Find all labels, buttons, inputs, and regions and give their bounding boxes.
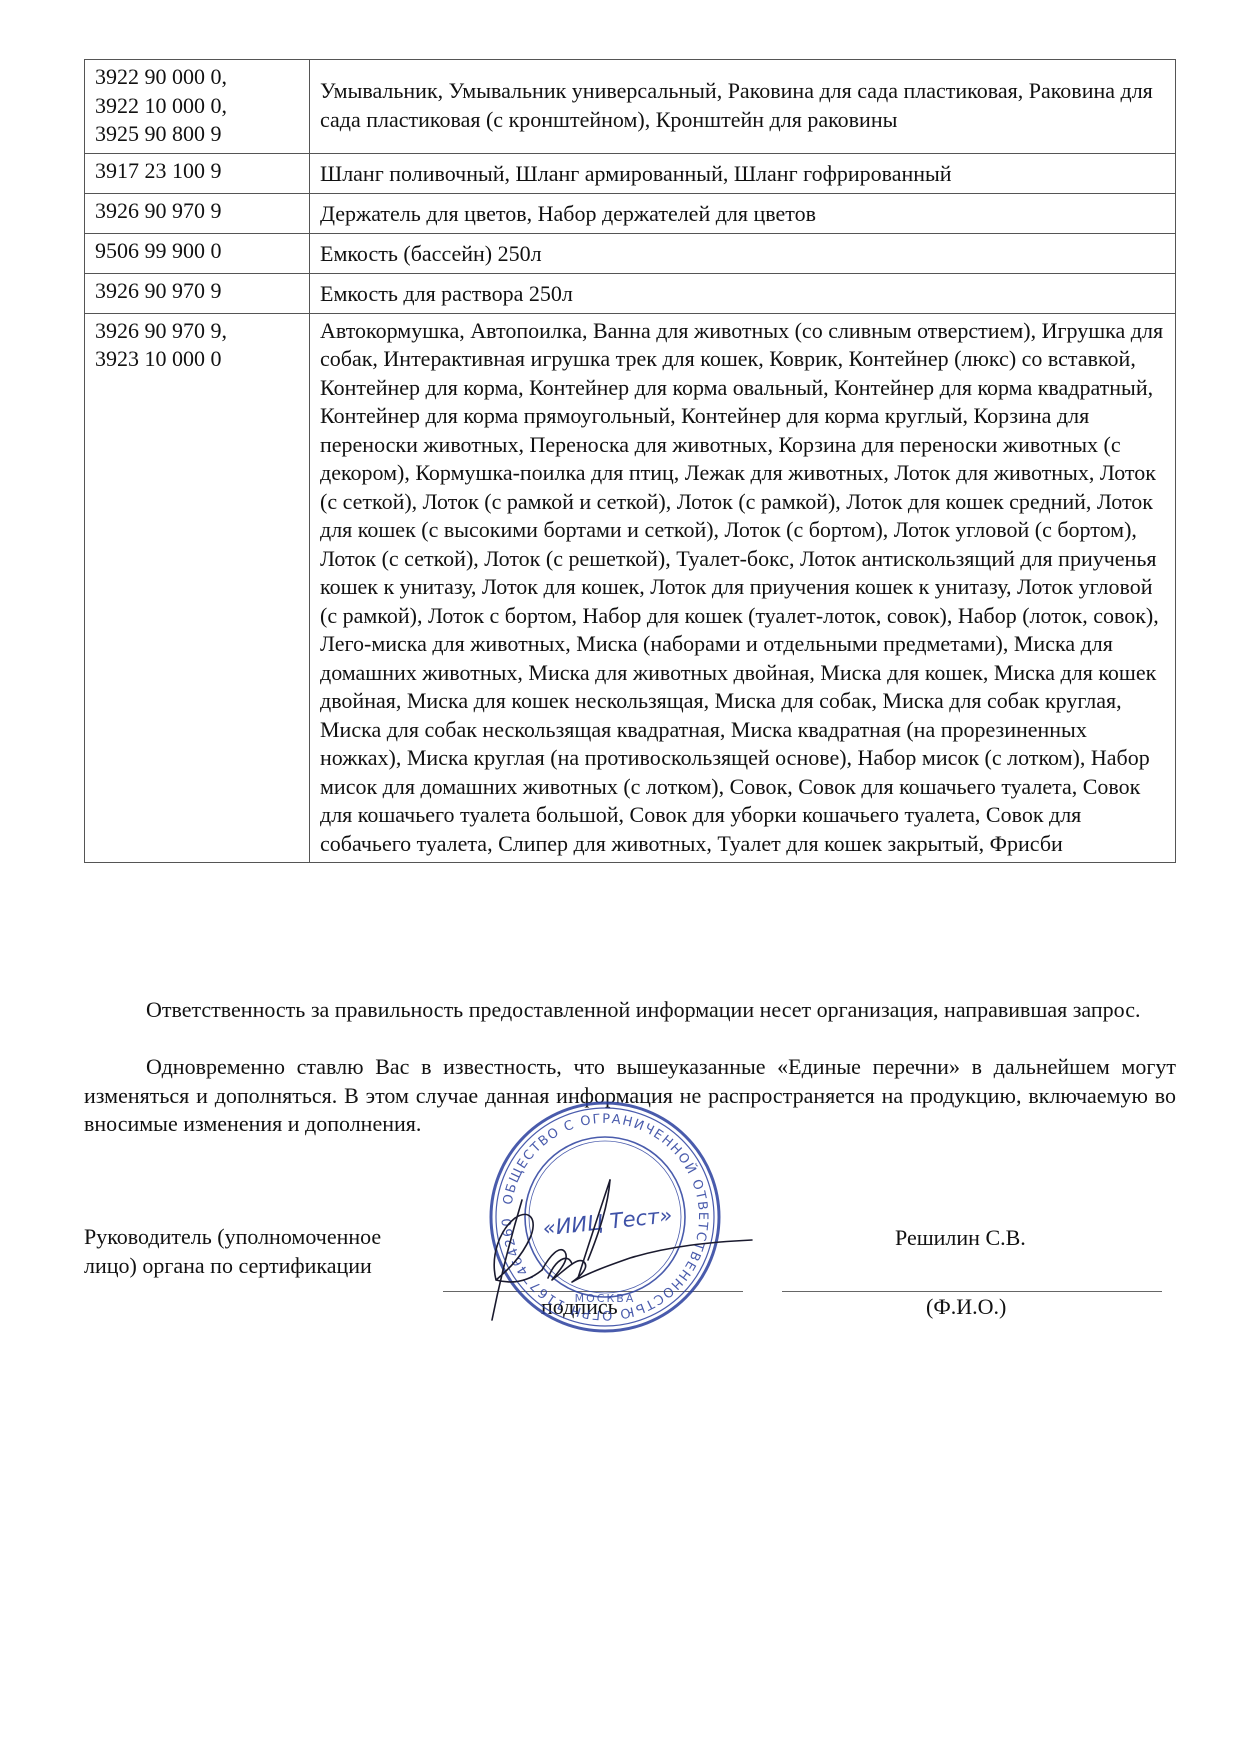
code-cell: 3926 90 970 9 <box>85 273 310 313</box>
code-value: 3923 10 000 0 <box>95 345 299 374</box>
signature-line <box>443 1291 743 1292</box>
signature-caption: подпись <box>541 1293 618 1321</box>
description-cell: Умывальник, Умывальник универсальный, Ра… <box>310 60 1176 154</box>
code-cell: 3922 90 000 0, 3922 10 000 0, 3925 90 80… <box>85 60 310 154</box>
code-value: 3917 23 100 9 <box>95 157 299 186</box>
table-row: 3926 90 970 9 Емкость для раствора 250л <box>85 273 1176 313</box>
signatory-name: Решилин С.В. <box>895 1224 1026 1252</box>
table-row: 3926 90 970 9, 3923 10 000 0 Автокормушк… <box>85 313 1176 863</box>
code-cell: 3926 90 970 9, 3923 10 000 0 <box>85 313 310 863</box>
signatory-role: Руководитель (уполномоченное лицо) орган… <box>84 1222 424 1280</box>
code-value: 3926 90 970 9 <box>95 197 299 226</box>
description-cell: Держатель для цветов, Набор держателей д… <box>310 193 1176 233</box>
code-value: 3925 90 800 9 <box>95 120 299 149</box>
name-caption: (Ф.И.О.) <box>926 1293 1006 1321</box>
document-page: 3922 90 000 0, 3922 10 000 0, 3925 90 80… <box>0 0 1241 1755</box>
description-cell: Автокормушка, Автопоилка, Ванна для живо… <box>310 313 1176 863</box>
signatory-role-line: лицо) органа по сертификации <box>84 1251 424 1280</box>
code-value: 3922 90 000 0, <box>95 63 299 92</box>
responsibility-paragraph: Ответственность за правильность предоста… <box>84 996 1176 1025</box>
code-value: 3926 90 970 9, <box>95 317 299 346</box>
notice-paragraph: Одновременно ставлю Вас в известность, ч… <box>84 1053 1176 1139</box>
code-value: 3922 10 000 0, <box>95 92 299 121</box>
description-cell: Емкость для раствора 250л <box>310 273 1176 313</box>
codes-table: 3922 90 000 0, 3922 10 000 0, 3925 90 80… <box>84 59 1176 863</box>
code-cell: 3926 90 970 9 <box>85 193 310 233</box>
table-row: 9506 99 900 0 Емкость (бассейн) 250л <box>85 233 1176 273</box>
description-cell: Шланг поливочный, Шланг армированный, Шл… <box>310 153 1176 193</box>
table-row: 3917 23 100 9 Шланг поливочный, Шланг ар… <box>85 153 1176 193</box>
name-line <box>782 1291 1162 1292</box>
code-value: 3926 90 970 9 <box>95 277 299 306</box>
code-cell: 3917 23 100 9 <box>85 153 310 193</box>
table-row: 3922 90 000 0, 3922 10 000 0, 3925 90 80… <box>85 60 1176 154</box>
code-value: 9506 99 900 0 <box>95 237 299 266</box>
paragraph-text: Одновременно ставлю Вас в известность, ч… <box>84 1054 1176 1136</box>
signatory-role-line: Руководитель (уполномоченное <box>84 1222 424 1251</box>
svg-text:«ИИЦ Тест»: «ИИЦ Тест» <box>542 1203 674 1240</box>
paragraph-text: Ответственность за правильность предоста… <box>146 997 1140 1022</box>
table-row: 3926 90 970 9 Держатель для цветов, Набо… <box>85 193 1176 233</box>
code-cell: 9506 99 900 0 <box>85 233 310 273</box>
description-cell: Емкость (бассейн) 250л <box>310 233 1176 273</box>
